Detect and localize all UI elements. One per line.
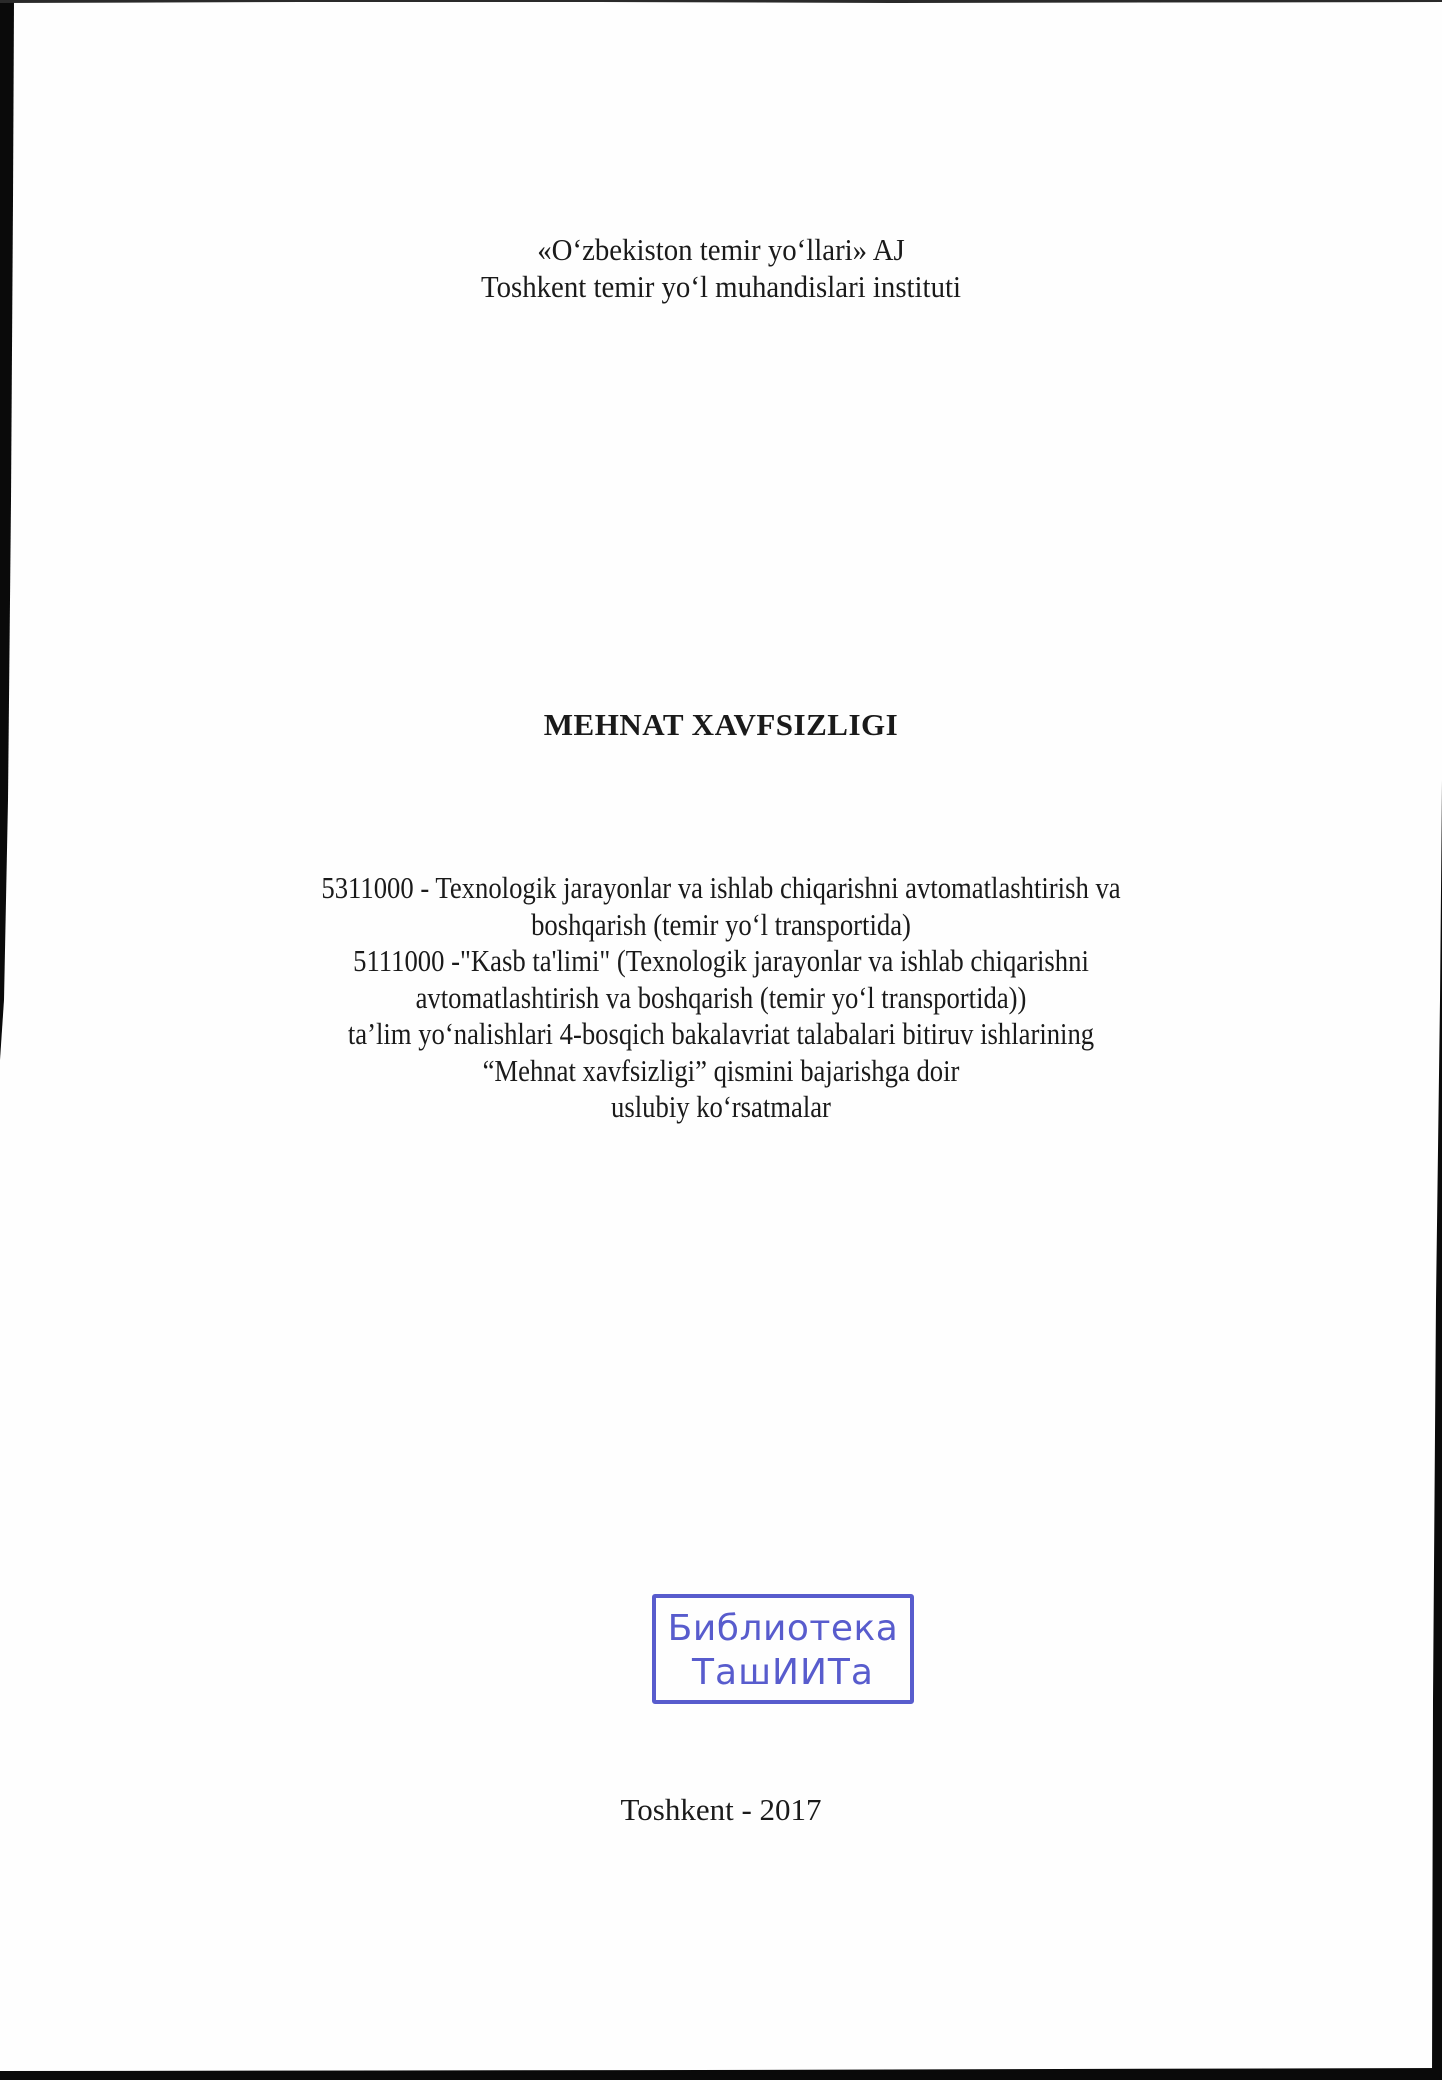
document-page: «O‘zbekiston temir yo‘llari» AJ Toshkent… — [0, 0, 1442, 2080]
description-line: 5311000 - Texnologik jarayonlar va ishla… — [101, 870, 1341, 907]
description-line: boshqarish (temir yo‘l transportida) — [101, 907, 1341, 944]
stamp-library-text: Библиотека — [656, 1608, 910, 1650]
document-title: MEHNAT XAVFSIZLIGI — [0, 705, 1442, 745]
library-stamp: Библиотека ТашИИТа — [652, 1594, 914, 1704]
description-line: uslubiy ko‘rsatmalar — [101, 1089, 1341, 1126]
description-line: avtomatlashtirish va boshqarish (temir y… — [101, 980, 1341, 1017]
organization-header: «O‘zbekiston temir yo‘llari» AJ Toshkent… — [50, 231, 1391, 305]
institute-name: Toshkent temir yo‘l muhandislari institu… — [50, 268, 1391, 305]
stamp-institute-text: ТашИИТа — [656, 1652, 910, 1694]
organization-name: «O‘zbekiston temir yo‘llari» AJ — [50, 231, 1391, 268]
description-line: “Mehnat xavfsizligi” qismini bajarishga … — [101, 1053, 1341, 1090]
document-description: 5311000 - Texnologik jarayonlar va ishla… — [101, 870, 1341, 1126]
description-line: ta’lim yo‘nalishlari 4-bosqich bakalavri… — [101, 1016, 1341, 1053]
place-and-year: Toshkent - 2017 — [0, 1791, 1442, 1829]
description-line: 5111000 -"Kasb ta'limi" (Texnologik jara… — [101, 943, 1341, 980]
